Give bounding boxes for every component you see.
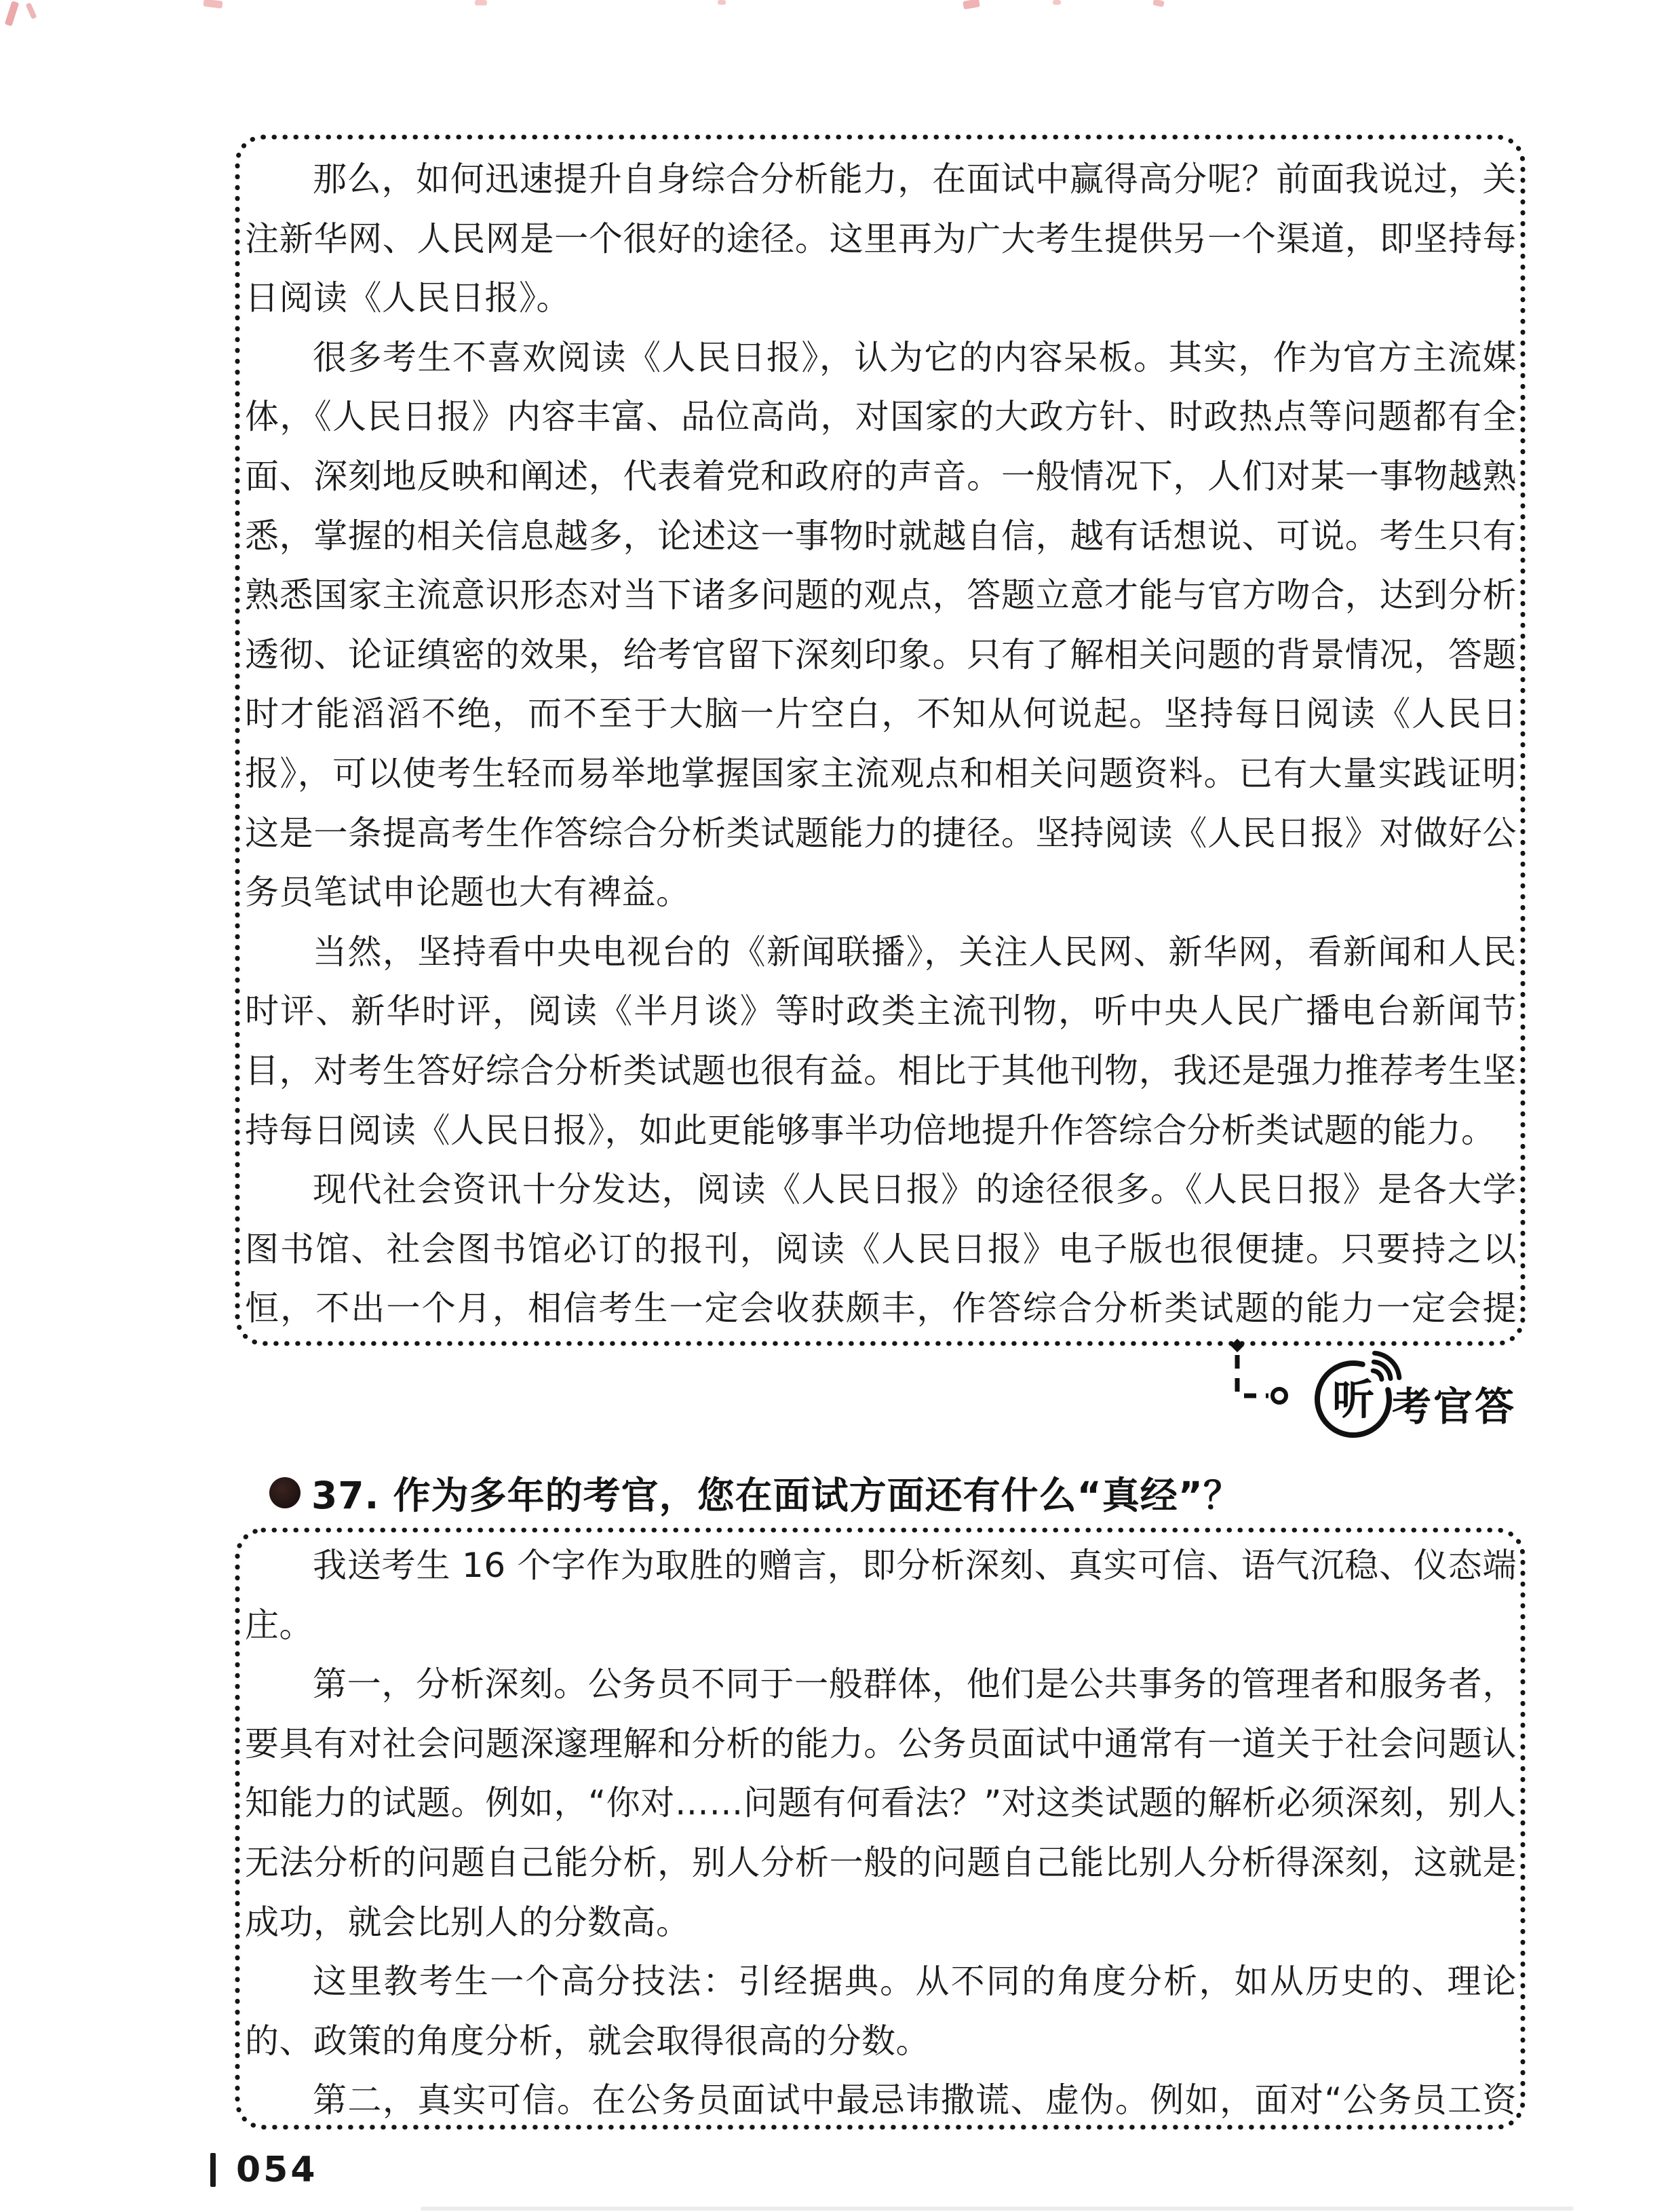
- listen-char: 听: [1332, 1375, 1374, 1424]
- page-number-text: 054: [236, 2150, 318, 2190]
- sound-waves-icon: [1373, 1371, 1382, 1379]
- scan-artifact: [5, 1, 20, 26]
- paragraph: 第二，真实可信。在公务员面试中最忌讳撒谎、虚伪。例如，面对“公务员工资低，你为什…: [245, 2071, 1517, 2125]
- stamp-label: 考官答: [1392, 1375, 1516, 1432]
- paragraph: 当然，坚持看中央电视台的《新闻联播》，关注人民网、新华网，看新闻和人民时评、新华…: [245, 923, 1517, 1160]
- scan-artifact: [25, 2, 37, 19]
- question-heading: 37. 作为多年的考官，您在面试方面还有什么“真经”？: [269, 1466, 1241, 1519]
- quote-box-answer-36: 那么，如何迅速提升自身综合分析能力，在面试中赢得高分呢？前面我说过，关注新华网、…: [234, 134, 1526, 1347]
- scan-artifact: [1152, 0, 1165, 7]
- scan-artifact: [963, 0, 980, 9]
- diamond-marker: [1230, 1339, 1244, 1352]
- page-number-bar: [210, 2153, 216, 2187]
- stamp-connector: [1221, 1333, 1309, 1408]
- paragraph: 这里教考生一个高分技法：引经据典。从不同的角度分析，如从历史的、理论的、政策的角…: [245, 1952, 1517, 2071]
- page-number: 054: [210, 2150, 318, 2190]
- scan-artifact: [203, 0, 222, 9]
- quote-box-content: 那么，如何迅速提升自身综合分析能力，在面试中赢得高分呢？前面我说过，关注新华网、…: [245, 134, 1517, 1341]
- question-text: 37. 作为多年的考官，您在面试方面还有什么“真经”？: [311, 1466, 1241, 1519]
- scan-artifact: [1053, 0, 1061, 5]
- paragraph: 第一，分析深刻。公务员不同于一般群体，他们是公共事务的管理者和服务者，要具有对社…: [245, 1655, 1517, 1952]
- scan-artifact: [475, 0, 487, 5]
- scanned-book-page: { "colors": { "ink": "#1b1b1b", "bullet_…: [0, 0, 1668, 2212]
- scan-smudge: [421, 2207, 1574, 2211]
- quote-box-answer-37: 我送考生 16 个字作为取胜的赠言，即分析深刻、真实可信、语气沉稳、仪态端庄。 …: [234, 1527, 1526, 2131]
- bullet-icon: [269, 1477, 300, 1508]
- paragraph: 很多考生不喜欢阅读《人民日报》，认为它的内容呆板。其实，作为官方主流媒体，《人民…: [245, 328, 1517, 923]
- quote-box-content: 我送考生 16 个字作为取胜的赠言，即分析深刻、真实可信、语气沉稳、仪态端庄。 …: [245, 1527, 1517, 2125]
- paragraph: 我送考生 16 个字作为取胜的赠言，即分析深刻、真实可信、语气沉稳、仪态端庄。: [245, 1536, 1517, 1655]
- paragraph: 现代社会资讯十分发达，阅读《人民日报》的途径很多。《人民日报》是各大学图书馆、社…: [245, 1160, 1517, 1341]
- paragraph: 那么，如何迅速提升自身综合分析能力，在面试中赢得高分呢？前面我说过，关注新华网、…: [245, 150, 1517, 328]
- connector-dot-icon: [1273, 1389, 1286, 1403]
- scan-artifact: [718, 0, 726, 5]
